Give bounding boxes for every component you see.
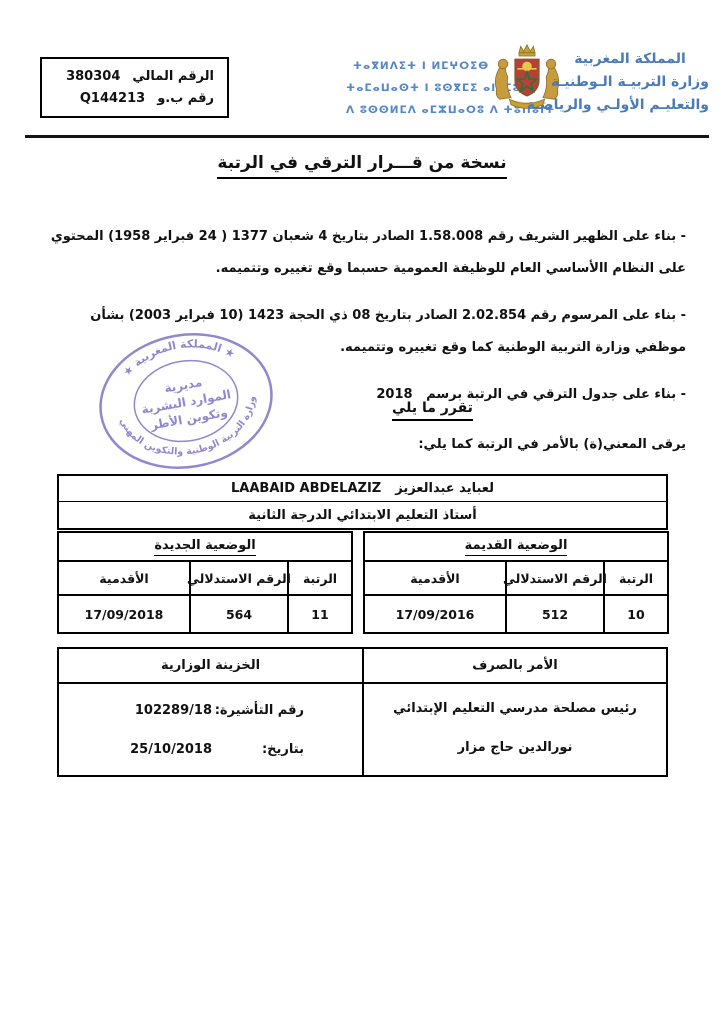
new-seniority-value: 17/09/2018 — [59, 596, 189, 632]
visa-number-value: 102289/18 — [135, 703, 212, 718]
old-seniority-value: 17/09/2016 — [365, 596, 505, 632]
bo-number-label: رقم ب.و — [157, 91, 214, 106]
old-index-value: 512 — [505, 596, 603, 632]
preamble-promotion-table: - بناء على جدول الترقي في الرتبة برسم 20… — [38, 379, 686, 411]
treasury-column: الخزينة الوزارية رقم التأشيرة: 102289/18… — [59, 649, 364, 775]
old-index-header: الرقم الاستدلالي — [505, 562, 603, 594]
tifinagh-line-3: ⴷ ⵓⵙⵙⵍⵎⴷ ⴰⵎⵣⵡⴰⵔⵓ ⴷ ⵜⵓⵏⵏⵓⵏⵜ — [346, 99, 496, 121]
signer-title: رئيس مصلحة مدرسي التعليم الإبتدائي — [393, 701, 637, 716]
decision-intro: يرقى المعني(ة) بالأمر في الرتبة كما يلي: — [418, 437, 686, 452]
old-seniority-header: الأقدمية — [365, 562, 505, 594]
bo-number-row: رقم ب.و Q144213 — [42, 91, 214, 106]
preamble: - بناء على الظهير الشريف رقم 1.58.008 ال… — [38, 221, 686, 426]
visa-date-value: 25/10/2018 — [130, 742, 212, 757]
document-page: الرقم المالي 380304 رقم ب.و Q144213 ⵜⴰⴳⵍ… — [0, 0, 724, 1024]
ministry-line: وزارة التربيـة الـوطنيـة — [551, 71, 709, 94]
letterhead-arabic: المملكة المغربية وزارة التربيـة الـوطنيـ… — [551, 48, 709, 117]
new-situation-value-row: 11 564 17/09/2018 — [59, 596, 351, 632]
preamble-decree: - بناء على المرسوم رقم 2.02.854 الصادر ب… — [38, 300, 686, 364]
payment-table: الخزينة الوزارية رقم التأشيرة: 102289/18… — [57, 647, 668, 777]
new-seniority-header: الأقدمية — [59, 562, 189, 594]
financial-number-value: 380304 — [66, 69, 120, 84]
bo-number-value: Q144213 — [80, 91, 145, 106]
employee-table: لعبايد عبدالعزيز LAABAID ABDELAZIZ أستاذ… — [57, 474, 668, 530]
reference-box: الرقم المالي 380304 رقم ب.و Q144213 — [40, 57, 229, 118]
new-rank-value: 11 — [287, 596, 351, 632]
kingdom-line: المملكة المغربية — [551, 48, 709, 71]
old-situation-header-row: الرتبة الرقم الاستدلالي الأقدمية — [365, 562, 667, 596]
letterhead-tifinagh: ⵜⴰⴳⵍⴷⵉⵜ ⵏ ⵍⵎⵖⵔⵉⴱ ⵜⴰⵎⴰⵡⴰⵙⵜ ⵏ ⵓⵙⴳⵎⵉ ⴰⵏⴰⵎⵓⵔ… — [346, 55, 496, 121]
new-rank-header: الرتبة — [287, 562, 351, 594]
old-situation-table: الوضعية القديمة الرتبة الرقم الاستدلالي … — [363, 531, 669, 634]
decision-heading: تقرر ما يلي — [392, 397, 473, 416]
visa-number-row: رقم التأشيرة: 102289/18 — [59, 703, 304, 718]
visa-number-label: رقم التأشيرة: — [212, 703, 304, 718]
employee-name-latin: LAABAID ABDELAZIZ — [231, 481, 381, 496]
new-situation-table: الوضعية الجديدة الرتبة الرقم الاستدلالي … — [57, 531, 353, 634]
employee-name-arabic: لعبايد عبدالعزيز — [395, 481, 494, 496]
new-situation-header-row: الرتبة الرقم الاستدلالي الأقدمية — [59, 562, 351, 596]
tifinagh-line-1: ⵜⴰⴳⵍⴷⵉⵜ ⵏ ⵍⵎⵖⵔⵉⴱ — [346, 55, 496, 77]
visa-date-label: بتاريخ: — [212, 742, 304, 757]
payment-order-column: الأمر بالصرف رئيس مصلحة مدرسي التعليم ال… — [364, 649, 666, 775]
old-rank-value: 10 — [603, 596, 667, 632]
financial-number-row: الرقم المالي 380304 — [42, 69, 214, 84]
tifinagh-line-2: ⵜⴰⵎⴰⵡⴰⵙⵜ ⵏ ⵓⵙⴳⵎⵉ ⴰⵏⴰⵎⵓⵔ — [346, 77, 496, 99]
header-divider — [25, 135, 709, 138]
education-line: والتعليـم الأولـي والرياضـة — [551, 94, 709, 117]
old-situation-value-row: 10 512 17/09/2016 — [365, 596, 667, 632]
treasury-body: رقم التأشيرة: 102289/18 بتاريخ: 25/10/20… — [59, 684, 362, 775]
financial-number-label: الرقم المالي — [132, 69, 214, 84]
employee-name-row: لعبايد عبدالعزيز LAABAID ABDELAZIZ — [59, 476, 666, 502]
treasury-title: الخزينة الوزارية — [59, 649, 362, 684]
old-rank-header: الرتبة — [603, 562, 667, 594]
preamble-dahir: - بناء على الظهير الشريف رقم 1.58.008 ال… — [38, 221, 686, 285]
document-title: نسخة من قـــرار الترقي في الرتبة — [0, 153, 724, 173]
signer-name: نورالدين حاج مزار — [458, 740, 573, 755]
new-situation-title: الوضعية الجديدة — [59, 533, 351, 562]
payment-order-title: الأمر بالصرف — [364, 649, 666, 684]
old-situation-title: الوضعية القديمة — [365, 533, 667, 562]
visa-date-row: بتاريخ: 25/10/2018 — [59, 742, 304, 757]
employee-grade: أستاذ التعليم الابتدائي الدرجة الثانية — [248, 508, 477, 523]
new-index-value: 564 — [189, 596, 287, 632]
employee-grade-row: أستاذ التعليم الابتدائي الدرجة الثانية — [59, 502, 666, 528]
payment-order-body: رئيس مصلحة مدرسي التعليم الإبتدائي نورال… — [364, 684, 666, 775]
new-index-header: الرقم الاستدلالي — [189, 562, 287, 594]
